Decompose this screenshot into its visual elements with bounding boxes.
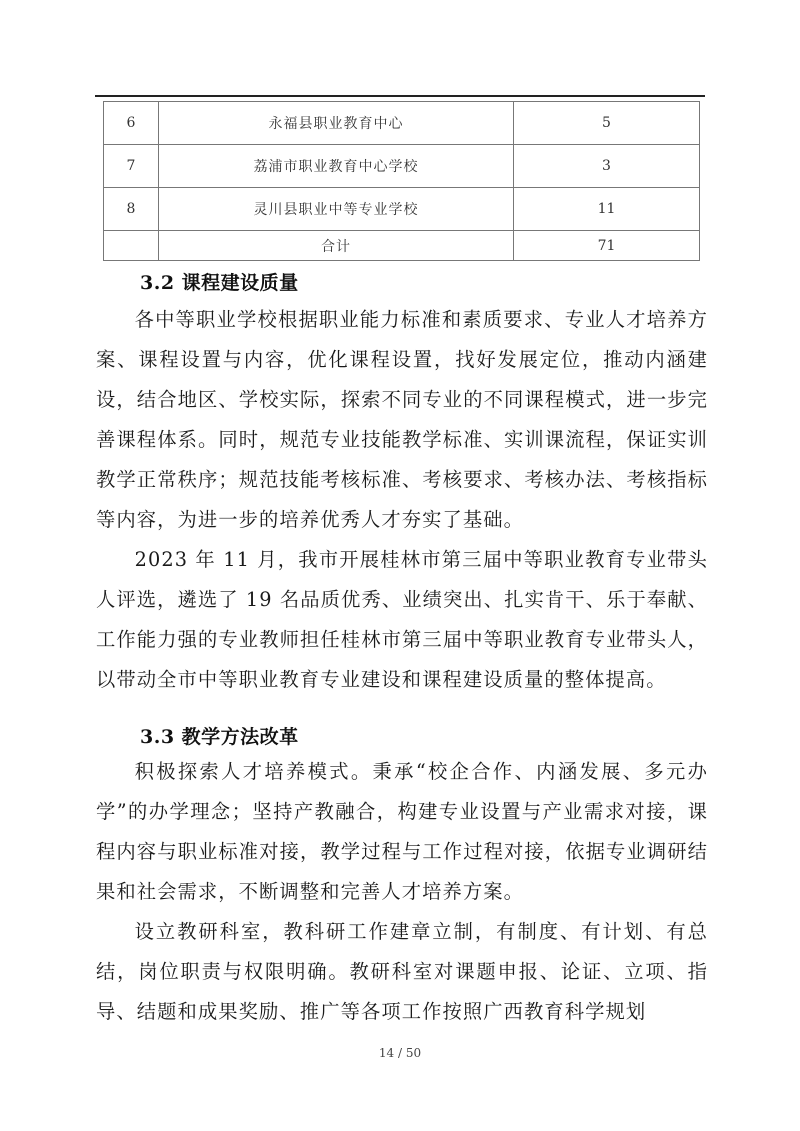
table-row: 8 灵川县职业中等专业学校 11 — [104, 188, 700, 231]
school-count-table: 6 永福县职业教育中心 5 7 荔浦市职业教育中心学校 3 8 灵川县职业中等专… — [103, 101, 700, 261]
total-index — [104, 231, 159, 261]
table-row: 6 永福县职业教育中心 5 — [104, 102, 700, 145]
paragraph: 2023 年 11 月，我市开展桂林市第三届中等职业教育专业带头人评选，遴选了 … — [96, 540, 708, 700]
total-count: 71 — [514, 231, 700, 261]
page-number: 14 / 50 — [0, 1046, 800, 1060]
school-name: 永福县职业教育中心 — [159, 102, 514, 145]
section-3-3-body: 积极探索人才培养模式。秉承“校企合作、内涵发展、多元办学”的办学理念；坚持产教融… — [96, 752, 708, 1032]
table-row: 7 荔浦市职业教育中心学校 3 — [104, 145, 700, 188]
section-heading-3-3: 3.3 教学方法改革 — [140, 722, 299, 749]
section-3-2-body: 各中等职业学校根据职业能力标准和素质要求、专业人才培养方案、课程设置与内容，优化… — [96, 300, 708, 700]
school-name: 灵川县职业中等专业学校 — [159, 188, 514, 231]
section-heading-3-2: 3.2 课程建设质量 — [140, 268, 299, 295]
total-label: 合计 — [159, 231, 514, 261]
row-index: 6 — [104, 102, 159, 145]
table-total-row: 合计 71 — [104, 231, 700, 261]
school-count: 11 — [514, 188, 700, 231]
school-name: 荔浦市职业教育中心学校 — [159, 145, 514, 188]
school-count: 3 — [514, 145, 700, 188]
paragraph: 积极探索人才培养模式。秉承“校企合作、内涵发展、多元办学”的办学理念；坚持产教融… — [96, 752, 708, 912]
paragraph: 设立教研科室，教科研工作建章立制，有制度、有计划、有总结，岗位职责与权限明确。教… — [96, 912, 708, 1032]
table-top-rule — [95, 95, 705, 97]
school-count: 5 — [514, 102, 700, 145]
row-index: 7 — [104, 145, 159, 188]
row-index: 8 — [104, 188, 159, 231]
paragraph: 各中等职业学校根据职业能力标准和素质要求、专业人才培养方案、课程设置与内容，优化… — [96, 300, 708, 540]
